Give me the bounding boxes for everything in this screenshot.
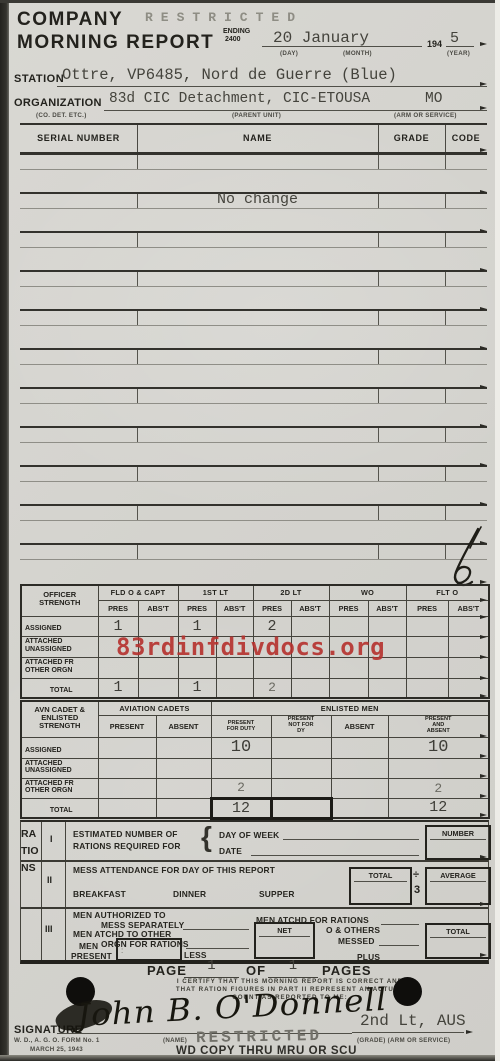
cell xyxy=(368,678,406,698)
ending-value: 2400 xyxy=(225,36,241,43)
net-box: NET xyxy=(254,922,315,959)
men-authorized-line1: MEN AUTHORIZED TO xyxy=(73,910,166,920)
cell xyxy=(329,678,368,698)
officer-row-attached-unassigned: ATTACHED UNASSIGNED xyxy=(21,636,98,657)
punch-hole-right xyxy=(393,977,422,1006)
line-arrow xyxy=(480,635,487,639)
cell xyxy=(156,798,211,818)
station-underline xyxy=(57,70,487,87)
roster-row xyxy=(20,465,487,506)
roster-row xyxy=(20,348,487,389)
cell: 10 xyxy=(211,737,271,758)
dinner-label: DINNER xyxy=(173,889,206,899)
line-arrow xyxy=(480,598,487,602)
cell: 2 xyxy=(211,778,271,798)
day-of-week-label: DAY OF WEEK xyxy=(219,830,279,840)
line-arrow xyxy=(480,463,487,467)
cell xyxy=(98,758,156,778)
enlisted-row-assigned: ASSIGNED xyxy=(21,737,98,758)
group-aviation-cadets: AVIATION CADETS xyxy=(98,701,211,715)
net-box-label: NET xyxy=(259,924,310,937)
messed-line xyxy=(379,934,419,946)
officer-row-assigned: ASSIGNED xyxy=(21,616,98,636)
section-numeral-3: III xyxy=(45,924,53,934)
cell xyxy=(138,678,178,698)
cell xyxy=(448,636,489,657)
date-label: DATE xyxy=(219,846,242,856)
name-sublabel: (NAME) xyxy=(163,1037,187,1044)
year-underline xyxy=(446,30,474,47)
average-box: AVERAGE xyxy=(425,867,491,905)
section-numeral-1: I xyxy=(50,834,53,844)
col-present-and-absent: PRESENT AND ABSENT xyxy=(388,715,489,737)
orgn-rations-line xyxy=(186,937,249,949)
cell: 2 xyxy=(388,778,489,798)
organization-label: ORGANIZATION xyxy=(14,97,102,109)
pages-value: 1 xyxy=(268,958,318,978)
line-arrow xyxy=(480,424,487,428)
roster-row xyxy=(20,231,487,272)
cell xyxy=(291,678,329,698)
cell: 1 xyxy=(98,678,138,698)
cell xyxy=(331,737,388,758)
ending-label: ENDING xyxy=(223,28,250,35)
line-arrow xyxy=(480,615,487,619)
enlisted-strength-table: AVN CADET & ENLISTED STRENGTH AVIATION C… xyxy=(20,700,490,820)
line-arrow xyxy=(480,953,487,957)
form-title-line2: MORNING REPORT xyxy=(17,32,214,54)
line-arrow xyxy=(480,106,487,110)
line-arrow xyxy=(480,694,487,698)
officer-group-wo: WO xyxy=(329,585,406,600)
morning-report-scan: COMPANY MORNING REPORT RESTRICTED ENDING… xyxy=(0,0,500,1061)
divider xyxy=(41,822,42,960)
cell xyxy=(271,758,331,778)
cell xyxy=(331,758,388,778)
roster-row xyxy=(20,309,487,350)
mess-sep-line xyxy=(183,918,249,930)
cell xyxy=(156,758,211,778)
officer-strength-title: OFFICER STRENGTH xyxy=(21,585,98,616)
col-absent-2: ABSENT xyxy=(331,715,388,737)
watermark-text: 83rdinfdivdocs.org xyxy=(116,633,385,661)
rations-total-label: TOTAL xyxy=(430,925,486,938)
mess-total-label: TOTAL xyxy=(354,869,407,882)
line-arrow xyxy=(480,794,487,798)
form-date: MARCH 25, 1943 xyxy=(30,1046,83,1053)
day-of-week-line xyxy=(283,828,419,840)
line-arrow xyxy=(480,229,487,233)
arm-service-sublabel: (ARM OR SERVICE) xyxy=(394,112,457,119)
group-enlisted-men: ENLISTED MEN xyxy=(211,701,489,715)
page-label: PAGE xyxy=(147,963,187,978)
grade-sublabel: (GRADE) (ARM OR SERVICE) xyxy=(357,1037,450,1044)
page-value: 1 xyxy=(184,958,239,978)
officer-group-2d-lt: 2D LT xyxy=(253,585,329,600)
line-arrow xyxy=(480,42,487,46)
col-abst: ABS'T xyxy=(291,600,329,616)
section-numeral-2: II xyxy=(47,875,52,885)
col-abst: ABS'T xyxy=(448,600,489,616)
divider xyxy=(21,907,488,909)
cell xyxy=(271,737,331,758)
line-arrow xyxy=(480,268,487,272)
line-arrow xyxy=(480,541,487,545)
breakfast-label: BREAKFAST xyxy=(73,889,126,899)
col-pres: PRES xyxy=(253,600,291,616)
cell xyxy=(448,616,489,636)
divide-sign: ÷ xyxy=(413,869,419,881)
line-arrow xyxy=(480,754,487,758)
line-arrow xyxy=(480,307,487,311)
cell xyxy=(156,778,211,798)
average-box-label: AVERAGE xyxy=(430,869,486,882)
officer-group-flt-o: FLT O xyxy=(406,585,489,600)
cell xyxy=(98,778,156,798)
date-underline xyxy=(262,30,422,47)
cell xyxy=(98,737,156,758)
year-prefix: 194 xyxy=(427,39,442,49)
atchd-for-line xyxy=(381,913,419,925)
cell xyxy=(271,778,331,798)
cell xyxy=(216,678,253,698)
divider xyxy=(21,860,488,862)
col-present-for-duty: PRESENT FOR DUTY xyxy=(211,715,271,737)
roster-col-name: NAME xyxy=(137,133,378,143)
roster-row xyxy=(20,504,487,545)
day-sublabel: (DAY) xyxy=(280,50,298,57)
of-label: OF xyxy=(246,963,266,978)
roster-col-grade: GRADE xyxy=(378,133,445,143)
divide-three: 3 xyxy=(414,884,420,896)
brace: { xyxy=(201,821,212,853)
cell-boxed: 12 xyxy=(211,798,271,818)
line-arrow xyxy=(480,502,487,506)
col-pres: PRES xyxy=(178,600,216,616)
cell-boxed xyxy=(271,798,331,818)
officer-group-fldo-capt: FLD O & CAPT xyxy=(98,585,178,600)
scan-edge-top xyxy=(0,0,500,3)
grade-line xyxy=(352,1016,464,1033)
line-arrow xyxy=(480,385,487,389)
month-sublabel: (MONTH) xyxy=(343,50,372,57)
roster-col-code: CODE xyxy=(445,133,487,143)
roster-row xyxy=(20,426,487,467)
officer-row-attached-fr-other: ATTACHED FR OTHER ORGN xyxy=(21,657,98,678)
date-line xyxy=(251,844,419,856)
form-number: W. D., A. G. O. FORM No. 1 xyxy=(14,1037,100,1044)
organization-underline xyxy=(104,94,487,111)
cell xyxy=(388,758,489,778)
col-present-not-for-duty: PRESENT NOT FOR DY xyxy=(271,715,331,737)
col-pres: PRES xyxy=(406,600,448,616)
cell xyxy=(98,798,156,818)
scan-edge-left xyxy=(0,0,9,1061)
officer-row-total: TOTAL xyxy=(21,678,98,698)
form-title-line1: COMPANY xyxy=(17,9,123,31)
scan-edge-bottom xyxy=(0,1055,500,1061)
mess-total-box: TOTAL xyxy=(349,867,412,905)
present-label: PRESENT xyxy=(71,951,112,961)
divider xyxy=(65,822,66,960)
roster-row xyxy=(20,387,487,428)
cell xyxy=(406,678,448,698)
est-rations-line2: RATIONS REQUIRED FOR xyxy=(73,841,181,851)
cell xyxy=(448,657,489,678)
col-abst: ABS'T xyxy=(138,600,178,616)
rations-section: RATIONS I II III ESTIMATED NUMBER OF RAT… xyxy=(20,820,489,964)
handwritten-initials xyxy=(432,526,487,590)
restricted-stamp-top: RESTRICTED xyxy=(145,10,303,25)
col-absent: ABSENT xyxy=(156,715,211,737)
enlisted-row-attached-unassigned: ATTACHED UNASSIGNED xyxy=(21,758,98,778)
est-rations-line1: ESTIMATED NUMBER OF xyxy=(73,829,178,839)
cell xyxy=(211,758,271,778)
line-arrow xyxy=(480,580,487,584)
roster-header-row: SERIAL NUMBER NAME GRADE CODE xyxy=(20,123,487,155)
men-label: MEN xyxy=(79,941,98,951)
col-pres: PRES xyxy=(98,600,138,616)
line-arrow xyxy=(480,82,487,86)
mess-attendance-title: MESS ATTENDANCE FOR DAY OF THIS REPORT xyxy=(73,865,275,875)
unit-sublabel: (CO. DET. ETC.) xyxy=(36,112,87,119)
rations-vertical-label: RATIONS xyxy=(21,826,41,954)
col-pres: PRES xyxy=(329,600,368,616)
roster-entry-no-change: No change xyxy=(140,191,375,208)
line-arrow xyxy=(480,774,487,778)
cell xyxy=(406,657,448,678)
year-sublabel: (YEAR) xyxy=(447,50,470,57)
roster-col-serial: SERIAL NUMBER xyxy=(20,133,137,143)
roster-row xyxy=(20,270,487,311)
cell: 12 xyxy=(388,798,489,818)
cell xyxy=(406,636,448,657)
line-arrow xyxy=(466,1030,473,1034)
number-box-label: NUMBER xyxy=(430,827,486,840)
cell: 2 xyxy=(253,678,291,698)
pages-label: PAGES xyxy=(322,963,372,978)
line-arrow xyxy=(480,855,487,859)
col-abst: ABS'T xyxy=(216,600,253,616)
line-arrow xyxy=(480,734,487,738)
line-arrow xyxy=(480,813,487,817)
line-arrow xyxy=(480,190,487,194)
plus-label: PLUS xyxy=(357,952,380,962)
scan-edge-right xyxy=(495,0,500,1061)
cell xyxy=(331,798,388,818)
line-arrow xyxy=(480,346,487,350)
col-present: PRESENT xyxy=(98,715,156,737)
col-abst: ABS'T xyxy=(368,600,406,616)
others-line1: O & OTHERS xyxy=(326,925,380,935)
cell xyxy=(406,616,448,636)
line-arrow xyxy=(480,148,487,152)
cell xyxy=(331,778,388,798)
line-arrow xyxy=(480,676,487,680)
cell: 1 xyxy=(178,678,216,698)
enlisted-strength-title: AVN CADET & ENLISTED STRENGTH xyxy=(21,701,98,737)
roster-row xyxy=(20,543,487,584)
cell xyxy=(156,737,211,758)
men-present-box: : xyxy=(116,938,182,961)
enlisted-row-total: TOTAL xyxy=(21,798,98,818)
others-line2: MESSED xyxy=(338,936,375,946)
officer-group-1st-lt: 1ST LT xyxy=(178,585,253,600)
roster-row xyxy=(20,153,487,194)
cell: 10 xyxy=(388,737,489,758)
enlisted-row-attached-fr-other: ATTACHED FR OTHER ORGN xyxy=(21,778,98,798)
line-arrow xyxy=(480,902,487,906)
parent-unit-sublabel: (PARENT UNIT) xyxy=(232,112,281,119)
supper-label: SUPPER xyxy=(259,889,295,899)
line-arrow xyxy=(480,655,487,659)
